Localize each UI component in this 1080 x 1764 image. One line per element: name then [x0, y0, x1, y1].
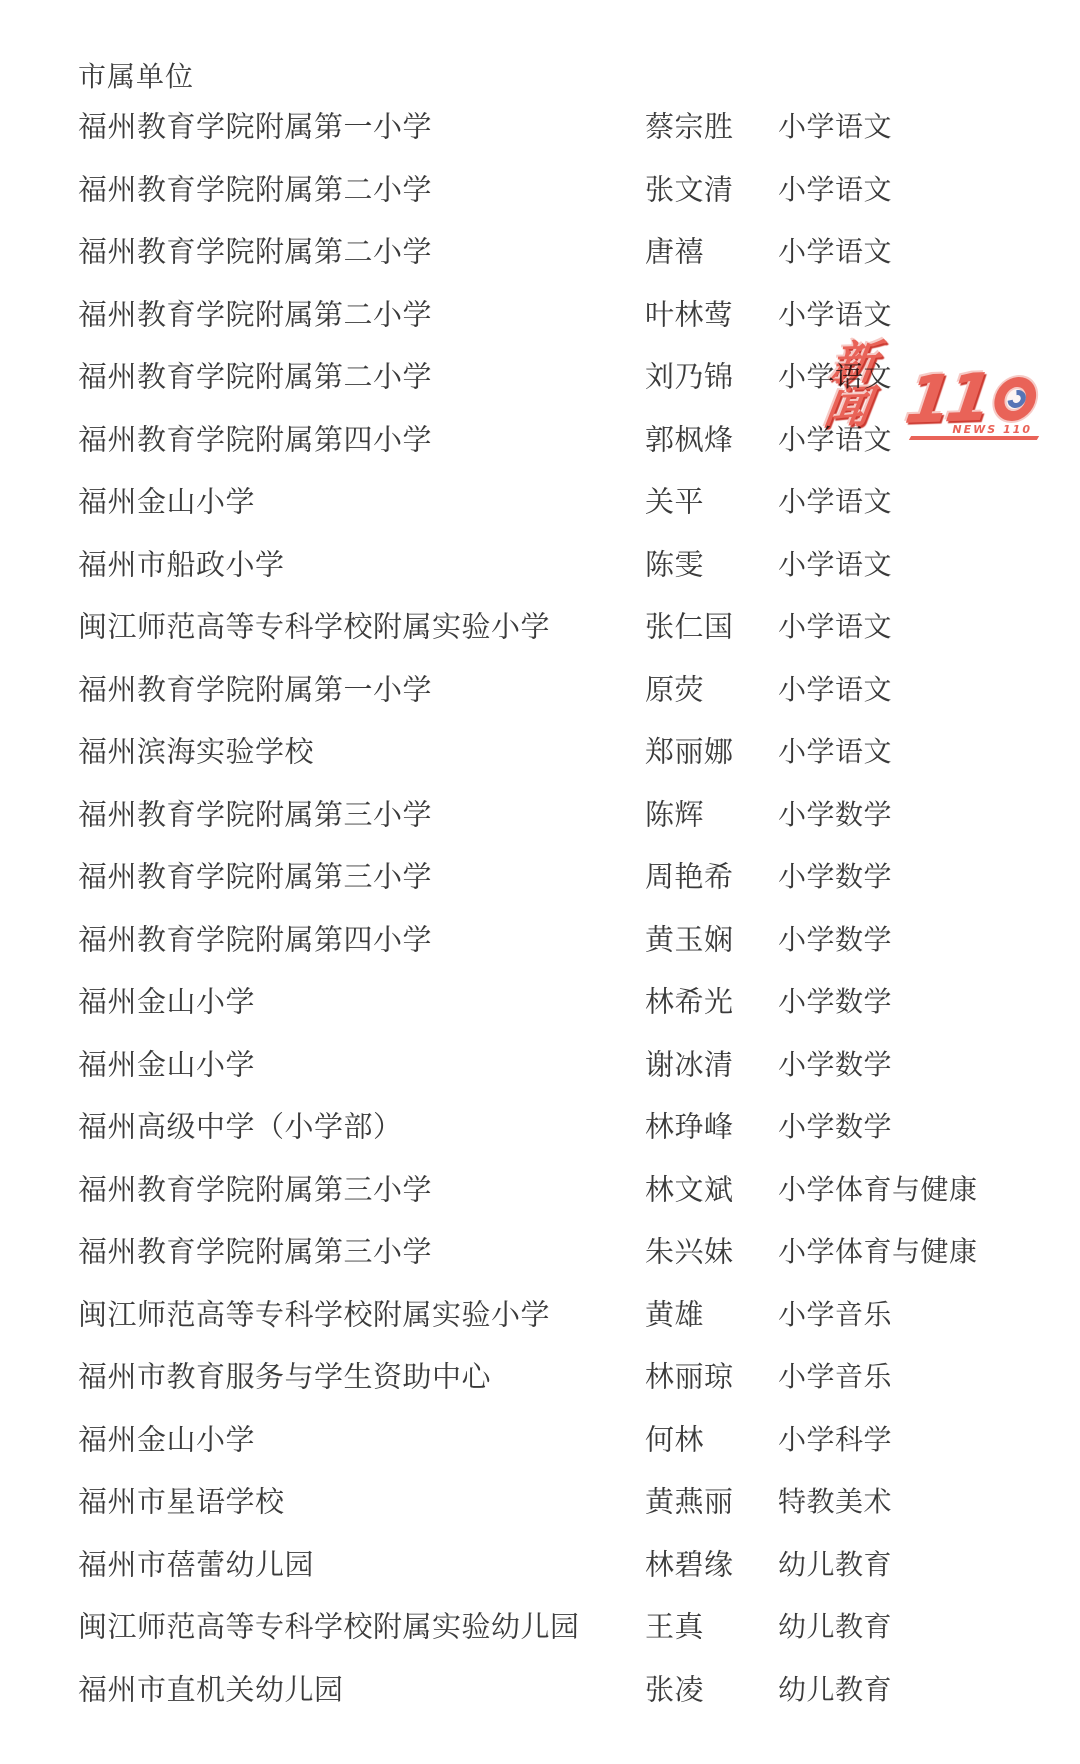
page-title: 市属单位 [78, 55, 194, 95]
school-name-cell: 福州教育学院附属第二小学 [78, 292, 432, 333]
table-row: 福州教育学院附属第二小学 张文清 小学语文 [0, 157, 1080, 220]
subject-cell: 小学科学 [778, 1418, 892, 1458]
school-name-cell: 福州教育学院附属第二小学 [78, 355, 432, 396]
school-name-cell: 福州市直机关幼儿园 [78, 1667, 344, 1708]
table-row: 福州教育学院附属第四小学 郭枫烽 小学语文 [0, 407, 1080, 470]
subject-cell: 幼儿教育 [778, 1543, 892, 1583]
table-row: 福州金山小学 何林 小学科学 [0, 1407, 1080, 1470]
table-row: 福州教育学院附属第四小学 黄玉娴 小学数学 [0, 907, 1080, 970]
school-name-cell: 福州市蓓蕾幼儿园 [78, 1542, 314, 1583]
school-name-cell: 福州金山小学 [78, 980, 255, 1021]
table-row: 福州市星语学校 黄燕丽 特教美术 [0, 1469, 1080, 1532]
subject-cell: 小学语文 [778, 668, 892, 708]
table-row: 福州教育学院附属第一小学 蔡宗胜 小学语文 [0, 94, 1080, 157]
subject-cell: 小学数学 [778, 1105, 892, 1145]
teacher-name-cell: 朱兴妹 [645, 1230, 734, 1271]
school-name-cell: 福州金山小学 [78, 1417, 255, 1458]
teacher-name-cell: 黄燕丽 [645, 1480, 734, 1521]
teacher-name-cell: 原荧 [645, 667, 704, 708]
school-name-cell: 福州教育学院附属第二小学 [78, 230, 432, 271]
teacher-name-cell: 关平 [645, 480, 704, 521]
table-row: 福州市教育服务与学生资助中心 林丽琼 小学音乐 [0, 1344, 1080, 1407]
school-name-cell: 福州高级中学（小学部） [78, 1105, 403, 1146]
table-row: 福州金山小学 谢冰清 小学数学 [0, 1032, 1080, 1095]
subject-cell: 小学语文 [778, 168, 892, 208]
table-row: 福州教育学院附属第二小学 刘乃锦 小学语文 [0, 344, 1080, 407]
table-row: 闽江师范高等专科学校附属实验小学 张仁国 小学语文 [0, 594, 1080, 657]
table-row: 福州金山小学 关平 小学语文 [0, 469, 1080, 532]
school-name-cell: 福州教育学院附属第二小学 [78, 167, 432, 208]
school-name-cell: 福州金山小学 [78, 1042, 255, 1083]
teacher-name-cell: 谢冰清 [645, 1042, 734, 1083]
subject-cell: 小学语文 [778, 730, 892, 770]
subject-cell: 小学数学 [778, 980, 892, 1020]
teacher-name-cell: 林希光 [645, 980, 734, 1021]
teacher-name-cell: 陈雯 [645, 542, 704, 583]
table-row: 福州教育学院附属第三小学 朱兴妹 小学体育与健康 [0, 1219, 1080, 1282]
teacher-name-cell: 林文斌 [645, 1167, 734, 1208]
subject-cell: 小学语文 [778, 355, 892, 395]
subject-cell: 小学语文 [778, 293, 892, 333]
table-row: 福州教育学院附属第三小学 陈辉 小学数学 [0, 782, 1080, 845]
school-name-cell: 福州教育学院附属第三小学 [78, 1230, 432, 1271]
table-row: 福州教育学院附属第二小学 叶林莺 小学语文 [0, 282, 1080, 345]
table-row: 福州高级中学（小学部） 林琤峰 小学数学 [0, 1094, 1080, 1157]
subject-cell: 小学体育与健康 [778, 1230, 978, 1270]
school-name-cell: 福州教育学院附属第三小学 [78, 855, 432, 896]
subject-cell: 小学音乐 [778, 1355, 892, 1395]
teacher-name-cell: 叶林莺 [645, 292, 734, 333]
teacher-name-cell: 黄玉娴 [645, 917, 734, 958]
school-name-cell: 闽江师范高等专科学校附属实验小学 [78, 605, 550, 646]
school-name-cell: 福州金山小学 [78, 480, 255, 521]
subject-cell: 小学语文 [778, 418, 892, 458]
teacher-name-cell: 林碧缘 [645, 1542, 734, 1583]
school-name-cell: 闽江师范高等专科学校附属实验小学 [78, 1292, 550, 1333]
table-row: 福州市直机关幼儿园 张凌 幼儿教育 [0, 1657, 1080, 1720]
table-row: 福州滨海实验学校 郑丽娜 小学语文 [0, 719, 1080, 782]
teacher-name-cell: 王真 [645, 1605, 704, 1646]
table-row: 福州教育学院附属第一小学 原荧 小学语文 [0, 657, 1080, 720]
teacher-name-cell: 黄雄 [645, 1292, 704, 1333]
teacher-name-cell: 张仁国 [645, 605, 734, 646]
school-name-cell: 福州教育学院附属第四小学 [78, 917, 432, 958]
table-row: 闽江师范高等专科学校附属实验小学 黄雄 小学音乐 [0, 1282, 1080, 1345]
teacher-name-cell: 林丽琼 [645, 1355, 734, 1396]
subject-cell: 幼儿教育 [778, 1605, 892, 1645]
subject-cell: 小学语文 [778, 543, 892, 583]
school-name-cell: 福州滨海实验学校 [78, 730, 314, 771]
subject-cell: 小学音乐 [778, 1293, 892, 1333]
school-name-cell: 福州教育学院附属第四小学 [78, 417, 432, 458]
teacher-name-cell: 郑丽娜 [645, 730, 734, 771]
subject-cell: 小学语文 [778, 480, 892, 520]
school-name-cell: 福州教育学院附属第三小学 [78, 792, 432, 833]
subject-cell: 小学语文 [778, 105, 892, 145]
school-name-cell: 福州教育学院附属第一小学 [78, 105, 432, 146]
subject-cell: 小学数学 [778, 855, 892, 895]
subject-cell: 小学体育与健康 [778, 1168, 978, 1208]
subject-cell: 小学语文 [778, 230, 892, 270]
table-row: 福州教育学院附属第二小学 唐禧 小学语文 [0, 219, 1080, 282]
teacher-name-cell: 周艳希 [645, 855, 734, 896]
teacher-name-cell: 刘乃锦 [645, 355, 734, 396]
school-name-cell: 福州市船政小学 [78, 542, 285, 583]
subject-cell: 特教美术 [778, 1480, 892, 1520]
teacher-name-cell: 何林 [645, 1417, 704, 1458]
subject-cell: 小学数学 [778, 793, 892, 833]
table-row: 福州金山小学 林希光 小学数学 [0, 969, 1080, 1032]
teacher-name-cell: 蔡宗胜 [645, 105, 734, 146]
subject-cell: 幼儿教育 [778, 1668, 892, 1708]
subject-cell: 小学数学 [778, 918, 892, 958]
table-row: 福州教育学院附属第三小学 林文斌 小学体育与健康 [0, 1157, 1080, 1220]
school-name-cell: 闽江师范高等专科学校附属实验幼儿园 [78, 1605, 580, 1646]
table-row: 福州市蓓蕾幼儿园 林碧缘 幼儿教育 [0, 1532, 1080, 1595]
school-name-cell: 福州教育学院附属第三小学 [78, 1167, 432, 1208]
teacher-name-cell: 林琤峰 [645, 1105, 734, 1146]
assignment-table: 福州教育学院附属第一小学 蔡宗胜 小学语文 福州教育学院附属第二小学 张文清 小… [0, 94, 1080, 1719]
teacher-name-cell: 郭枫烽 [645, 417, 734, 458]
school-name-cell: 福州教育学院附属第一小学 [78, 667, 432, 708]
teacher-name-cell: 张文清 [645, 167, 734, 208]
teacher-name-cell: 唐禧 [645, 230, 704, 271]
teacher-name-cell: 陈辉 [645, 792, 704, 833]
subject-cell: 小学数学 [778, 1043, 892, 1083]
table-row: 福州教育学院附属第三小学 周艳希 小学数学 [0, 844, 1080, 907]
teacher-name-cell: 张凌 [645, 1667, 704, 1708]
table-row: 福州市船政小学 陈雯 小学语文 [0, 532, 1080, 595]
subject-cell: 小学语文 [778, 605, 892, 645]
table-row: 闽江师范高等专科学校附属实验幼儿园 王真 幼儿教育 [0, 1594, 1080, 1657]
school-name-cell: 福州市星语学校 [78, 1480, 285, 1521]
school-name-cell: 福州市教育服务与学生资助中心 [78, 1355, 491, 1396]
